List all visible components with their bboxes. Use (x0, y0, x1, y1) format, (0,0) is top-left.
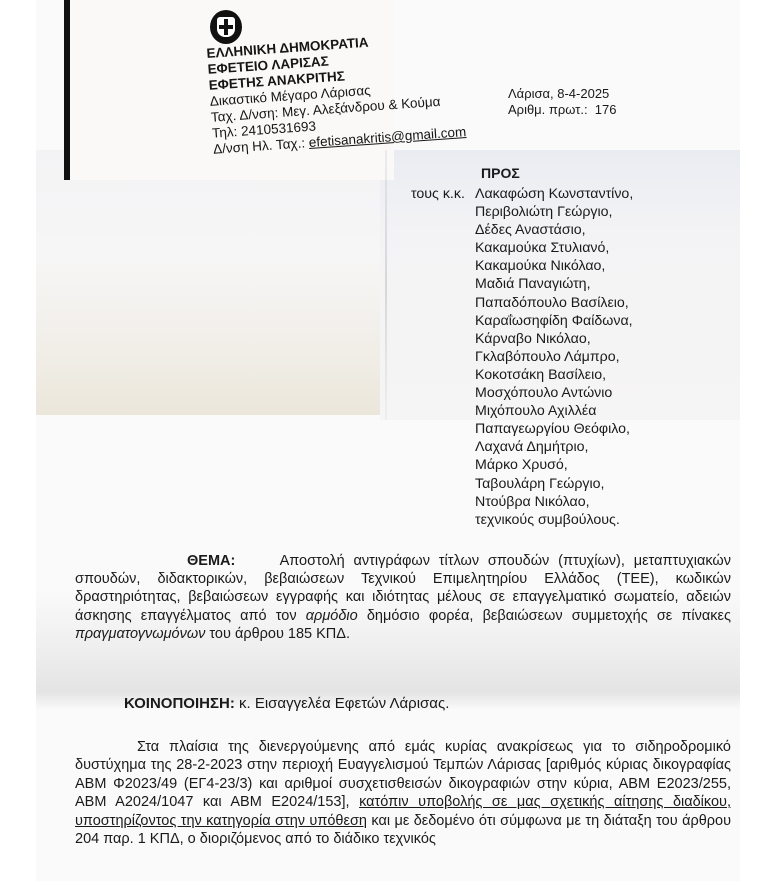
subject-italic-2: πραγματογνωμόνων (75, 626, 205, 642)
recipients-spacer (411, 294, 475, 312)
recipient-row: Κακαμούκα Στυλιανό, (411, 239, 633, 257)
recipient-name: Μάρκο Χρυσό, (475, 456, 568, 474)
recipient-name: Μαδιά Παναγιώτη, (475, 275, 591, 293)
recipient-name: Κοκοτσάκη Βασίλειο, (475, 366, 606, 384)
recipient-row: Ταβουλάρη Γεώργιο, (411, 475, 633, 493)
recipient-name: Περιβολιώτη Γεώργιο, (475, 203, 613, 221)
recipient-row: Περιβολιώτη Γεώργιο, (411, 203, 633, 221)
recipient-row: Γκλαβόπουλο Λάμπρο, (411, 348, 633, 366)
recipient-name: Λακαφώση Κωνσταντίνο, (475, 185, 633, 203)
frame-edge (64, 0, 70, 180)
subject-italic-1: αρμόδιο (306, 608, 358, 624)
recipient-row: Κάρναβο Νικόλαο, (411, 330, 633, 348)
recipient-row: τους κ.κ.Λακαφώση Κωνσταντίνο, (411, 185, 633, 203)
recipients-spacer (411, 475, 475, 493)
recipient-row: Παπαδόπουλο Βασίλειο, (411, 294, 633, 312)
recipient-name: Παπαγεωργίου Θεόφιλο, (475, 420, 630, 438)
date-block: Λάρισα, 8-4-2025 Αριθμ. πρωτ.: 176 (508, 86, 617, 118)
place-date: Λάρισα, 8-4-2025 (508, 86, 617, 102)
recipient-name: Κάρναβο Νικόλαο, (475, 330, 591, 348)
recipient-row: Δέδες Αναστάσιο, (411, 221, 633, 239)
recipient-name: Καραΐωσηφίδη Φαίδωνα, (475, 312, 633, 330)
recipient-row: Μιχόπουλο Αχιλλέα (411, 402, 633, 420)
recipient-row: Κοκοτσάκη Βασίλειο, (411, 366, 633, 384)
recipients-spacer (411, 312, 475, 330)
subject-label: ΘΕΜΑ: (75, 553, 235, 569)
recipient-row: Κακαμούκα Νικόλαο, (411, 257, 633, 275)
recipients-spacer (411, 456, 475, 474)
recipients-spacer (411, 438, 475, 456)
recipients-spacer (411, 257, 475, 275)
recipients-spacer (411, 239, 475, 257)
recipients-spacer (411, 348, 475, 366)
recipient-row: Λαχανά Δημήτριο, (411, 438, 633, 456)
recipients-spacer (411, 275, 475, 293)
recipient-name: τεχνικούς συμβούλους. (475, 511, 620, 529)
recipient-name: Μοσχόπουλο Αντώνιο (475, 384, 612, 402)
recipients-spacer (411, 493, 475, 511)
recipient-row: Παπαγεωργίου Θεόφιλο, (411, 420, 633, 438)
recipient-name: Κακαμούκα Νικόλαο, (475, 257, 605, 275)
recipients-spacer (411, 511, 475, 529)
recipient-name: Δέδες Αναστάσιο, (475, 221, 586, 239)
letterhead: ΕΛΛΗΝΙΚΗ ΔΗΜΟΚΡΑΤΙΑ ΕΦΕΤΕΙΟ ΛΑΡΙΣΑΣ ΕΦΕΤ… (206, 28, 467, 157)
body-paragraph: Στα πλαίσια της διενεργούμενης από εμάς … (75, 738, 731, 848)
recipient-name: Γκλαβόπουλο Λάμπρο, (475, 348, 620, 366)
recipient-row: τεχνικούς συμβούλους. (411, 511, 633, 529)
recipient-row: Μοσχόπουλο Αντώνιο (411, 384, 633, 402)
recipient-name: Ταβουλάρη Γεώργιο, (475, 475, 604, 493)
recipients-spacer (411, 366, 475, 384)
recipient-row: Ντούβρα Νικόλαο, (411, 493, 633, 511)
recipients-spacer (411, 203, 475, 221)
greek-coat-of-arms-icon (210, 10, 242, 44)
recipient-row: Καραΐωσηφίδη Φαίδωνα, (411, 312, 633, 330)
recipients-spacer (411, 221, 475, 239)
recipient-name: Κακαμούκα Στυλιανό, (475, 239, 609, 257)
recipient-name: Ντούβρα Νικόλαο, (475, 493, 590, 511)
recipients-spacer (411, 384, 475, 402)
paper-crease (385, 150, 387, 420)
recipients-title: ΠΡΟΣ (481, 165, 520, 181)
recipients-spacer (411, 420, 475, 438)
subject-text-3: του άρθρου 185 ΚΠΔ. (205, 626, 350, 642)
subject: ΘΕΜΑ: Αποστολή αντιγράφων τίτλων σπουδών… (75, 552, 731, 643)
recipient-row: Μαδιά Παναγιώτη, (411, 275, 633, 293)
recipients-spacer (411, 330, 475, 348)
recipient-name: Μιχόπουλο Αχιλλέα (475, 402, 596, 420)
recipients-prefix: τους κ.κ. (411, 185, 475, 203)
recipient-row: Μάρκο Χρυσό, (411, 456, 633, 474)
protocol-number: Αριθμ. πρωτ.: 176 (508, 102, 617, 118)
subject-text-2: δημόσιο φορέα, βεβαιώσεων συμμετοχής σε … (358, 608, 731, 624)
notification: ΚΟΙΝΟΠΟΙΗΣΗ: κ. Εισαγγελέα Εφετών Λάρισα… (124, 695, 449, 712)
recipients-spacer (411, 402, 475, 420)
notification-text: κ. Εισαγγελέα Εφετών Λάρισας. (235, 695, 450, 712)
recipient-name: Λαχανά Δημήτριο, (475, 438, 589, 456)
recipient-name: Παπαδόπουλο Βασίλειο, (475, 294, 629, 312)
notification-label: ΚΟΙΝΟΠΟΙΗΣΗ: (124, 695, 235, 712)
recipients-list: τους κ.κ.Λακαφώση Κωνσταντίνο,Περιβολιώτ… (411, 185, 633, 529)
